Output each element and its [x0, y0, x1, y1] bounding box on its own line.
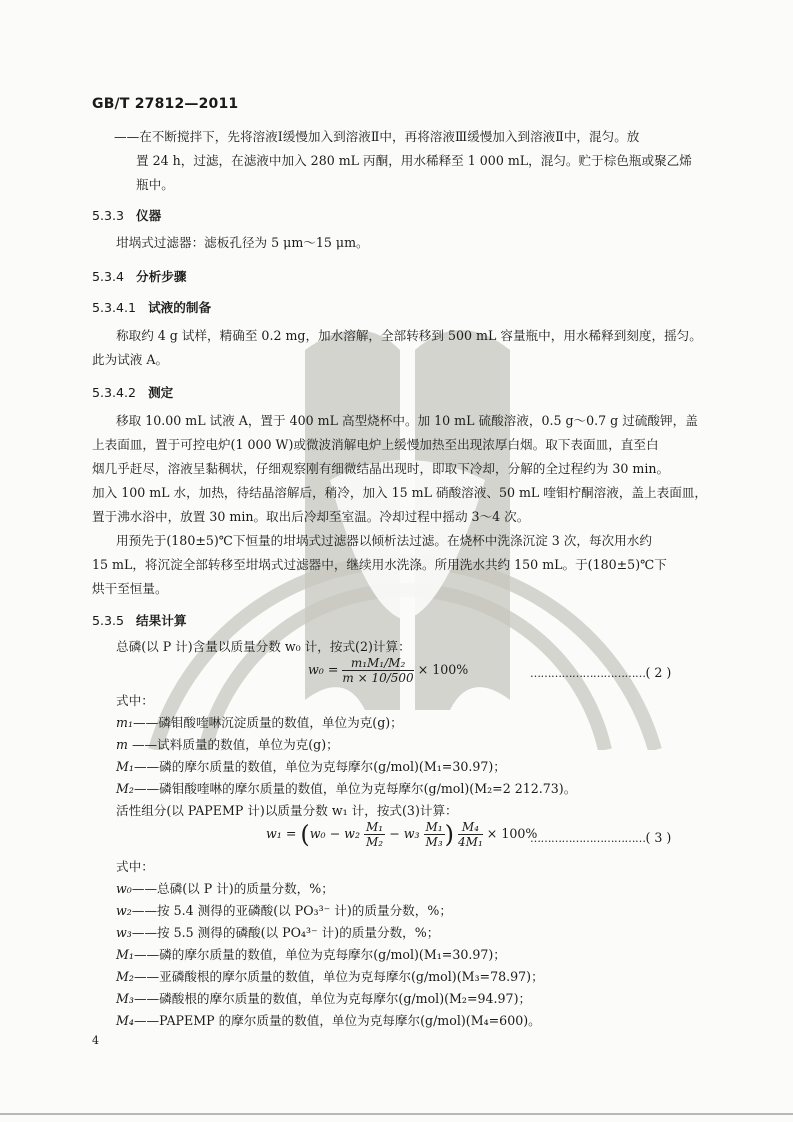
filtration-line: 15 mL，将沉淀全部转移至坩埚式过滤器中，继续用水洗涤。所用洗水共约 150 …	[92, 554, 667, 575]
symbol: w₂	[116, 903, 132, 918]
definition-text: ——磷酸根的摩尔质量的数值，单位为克每摩尔(g/mol)(M₂=94.97)；	[134, 991, 531, 1006]
symbol: M₁	[116, 759, 134, 774]
definition-row: M₂——磷钼酸喹啉的摩尔质量的数值，单位为克每摩尔(g/mol)(M₂=2 21…	[116, 778, 576, 799]
equation-label: ( 2 )	[646, 665, 672, 680]
step-line-3: 瓶中。	[136, 174, 174, 195]
section-title: 分析步骤	[136, 269, 186, 284]
formula-tail: × 100%	[418, 662, 469, 677]
formula-fraction: m₁M₁/M₂ m × 10/500	[342, 656, 413, 685]
symbol: m	[116, 737, 128, 752]
where-label: 式中：	[116, 856, 154, 877]
definition-row: M₃——磷酸根的摩尔质量的数值，单位为克每摩尔(g/mol)(M₂=94.97)…	[116, 988, 531, 1009]
scan-edge-line	[0, 1113, 793, 1115]
formula-term: − w₃	[389, 826, 419, 841]
definition-text: ——试料质量的数值，单位为克(g)；	[128, 737, 339, 752]
symbol: M₄	[116, 1013, 134, 1028]
sample-prep-line-2: 此为试液 A。	[92, 349, 168, 370]
formula-term: w₀ − w₂	[310, 826, 360, 841]
definition-row: m₁——磷钼酸喹啉沉淀质量的数值，单位为克(g)；	[116, 712, 403, 733]
where-label: 式中：	[116, 690, 154, 711]
symbol: M₁	[116, 947, 134, 962]
section-number: 5.3.4	[92, 269, 124, 284]
fraction-numerator: M₁	[424, 820, 445, 835]
formula-3: w₁ = (w₀ − w₂ M₁M₂ − w₃ M₁M₃) M₄4M₁ × 10…	[266, 820, 537, 849]
formula-2: w₀ = m₁M₁/M₂ m × 10/500 × 100%	[308, 656, 468, 685]
definition-text: ——总磷(以 P 计)的质量分数，%；	[132, 881, 334, 896]
symbol: M₃	[116, 991, 134, 1006]
formula-fraction: M₁M₃	[424, 820, 445, 849]
formula-lhs: w₀ =	[308, 662, 338, 677]
definition-row: w₃——按 5.5 测得的磷酸(以 PO₄³⁻ 计)的质量分数，%；	[116, 922, 439, 943]
procedure-line: 加入 100 mL 水，加热，待结晶溶解后，稍冷，加入 15 mL 硝酸溶液、5…	[92, 482, 707, 503]
fraction-denominator: M₃	[424, 835, 445, 849]
procedure-line: 移取 10.00 mL 试液 A，置于 400 mL 高型烧杯中。加 10 mL…	[116, 410, 698, 431]
step-line-2: 置 24 h，过滤，在滤液中加入 280 mL 丙酮，用水稀释至 1 000 m…	[136, 150, 692, 171]
fraction-denominator: M₂	[364, 835, 385, 849]
filtration-line: 烘干至恒量。	[92, 578, 168, 599]
open-paren: (	[300, 821, 309, 849]
definition-row: m ——试料质量的数值，单位为克(g)；	[116, 734, 339, 755]
procedure-line: 上表面皿，置于可控电炉(1 000 W)或微波消解电炉上缓慢加热至出现浓厚白烟。…	[92, 434, 659, 455]
symbol: w₃	[116, 925, 132, 940]
formula-fraction: M₄4M₁	[458, 820, 483, 849]
leader-dots: ……………………………	[530, 667, 646, 680]
definition-row: M₁——磷的摩尔质量的数值，单位为克每摩尔(g/mol)(M₁=30.97)；	[116, 944, 506, 965]
definition-text: ——亚磷酸根的摩尔质量的数值，单位为克每摩尔(g/mol)(M₃=78.97)；	[134, 969, 544, 984]
section-title: 试液的制备	[148, 300, 211, 315]
definition-row: w₂——按 5.4 测得的亚磷酸(以 PO₃³⁻ 计)的质量分数，%；	[116, 900, 452, 921]
leader-dots: ……………………………	[530, 832, 646, 845]
formula-fraction: M₁M₂	[364, 820, 385, 849]
fraction-denominator: m × 10/500	[342, 671, 413, 685]
definition-text: ——磷钼酸喹啉的摩尔质量的数值，单位为克每摩尔(g/mol)(M₂=2 212.…	[134, 781, 576, 796]
page-number: 4	[92, 1034, 99, 1047]
definition-text: ——磷的摩尔质量的数值，单位为克每摩尔(g/mol)(M₁=30.97)；	[134, 759, 506, 774]
fraction-numerator: m₁M₁/M₂	[342, 656, 413, 671]
section-number: 5.3.4.1	[92, 300, 136, 315]
equation-label: ( 3 )	[646, 830, 672, 845]
fraction-numerator: M₁	[364, 820, 385, 835]
section-heading-5-3-3: 5.3.3仪器	[92, 205, 161, 224]
definition-text: ——PAPEMP 的摩尔质量的数值，单位为克每摩尔(g/mol)(M₄=600)…	[134, 1013, 541, 1028]
symbol: M₂	[116, 781, 134, 796]
symbol: m₁	[116, 715, 133, 730]
symbol: w₀	[116, 881, 132, 896]
definition-text: ——按 5.4 测得的亚磷酸(以 PO₃³⁻ 计)的质量分数，%；	[132, 903, 452, 918]
definition-row: M₄——PAPEMP 的摩尔质量的数值，单位为克每摩尔(g/mol)(M₄=60…	[116, 1010, 541, 1031]
fraction-denominator: 4M₁	[458, 835, 483, 849]
standard-code-header: GB/T 27812—2011	[92, 96, 238, 112]
definition-text: ——按 5.5 测得的磷酸(以 PO₄³⁻ 计)的质量分数，%；	[132, 925, 439, 940]
formula-lhs: w₁ =	[266, 826, 296, 841]
definition-row: M₂——亚磷酸根的摩尔质量的数值，单位为克每摩尔(g/mol)(M₃=78.97…	[116, 966, 544, 987]
sample-prep-line-1: 称取约 4 g 试样，精确至 0.2 mg，加水溶解，全部转移到 500 mL …	[116, 325, 702, 346]
section-title: 结果计算	[136, 613, 186, 628]
section-title: 仪器	[136, 208, 161, 223]
total-phosphorus-intro: 总磷(以 P 计)含量以质量分数 w₀ 计，按式(2)计算：	[116, 636, 411, 657]
instrument-text: 坩埚式过滤器：滤板孔径为 5 μm～15 μm。	[116, 232, 369, 253]
definition-text: ——磷钼酸喹啉沉淀质量的数值，单位为克(g)；	[133, 715, 403, 730]
section-number: 5.3.5	[92, 613, 124, 628]
section-number: 5.3.4.2	[92, 385, 136, 400]
symbol: M₂	[116, 969, 134, 984]
formula-2-number: ……………………………( 2 )	[530, 665, 671, 680]
procedure-line: 置于沸水浴中，放置 30 min。取出后冷却至室温。冷却过程中摇动 3～4 次。	[92, 506, 529, 527]
filtration-line: 用预先于(180±5)℃下恒量的坩埚式过滤器以倾析法过滤。在烧杯中洗涤沉淀 3 …	[116, 530, 652, 551]
section-title: 测定	[148, 385, 173, 400]
section-heading-5-3-4-1: 5.3.4.1试液的制备	[92, 297, 211, 316]
procedure-line: 烟几乎赶尽，溶液呈黏稠状，仔细观察刚有细微结晶出现时，即取下冷却，分解的全过程约…	[92, 458, 669, 479]
section-heading-5-3-4-2: 5.3.4.2测定	[92, 382, 173, 401]
step-line-1: ——在不断搅拌下，先将溶液Ⅰ缓慢加入到溶液Ⅱ中，再将溶液Ⅲ缓慢加入到溶液Ⅱ中，混…	[114, 126, 639, 147]
definition-text: ——磷的摩尔质量的数值，单位为克每摩尔(g/mol)(M₁=30.97)；	[134, 947, 506, 962]
definition-row: w₀——总磷(以 P 计)的质量分数，%；	[116, 878, 334, 899]
definition-row: M₁——磷的摩尔质量的数值，单位为克每摩尔(g/mol)(M₁=30.97)；	[116, 756, 506, 777]
fraction-numerator: M₄	[458, 820, 483, 835]
section-heading-5-3-5: 5.3.5结果计算	[92, 610, 186, 629]
section-heading-5-3-4: 5.3.4分析步骤	[92, 266, 186, 285]
close-paren: )	[445, 821, 454, 849]
active-component-intro: 活性组分(以 PAPEMP 计)以质量分数 w₁ 计，按式(3)计算：	[116, 800, 458, 821]
formula-3-number: ……………………………( 3 )	[530, 830, 671, 845]
section-number: 5.3.3	[92, 208, 124, 223]
